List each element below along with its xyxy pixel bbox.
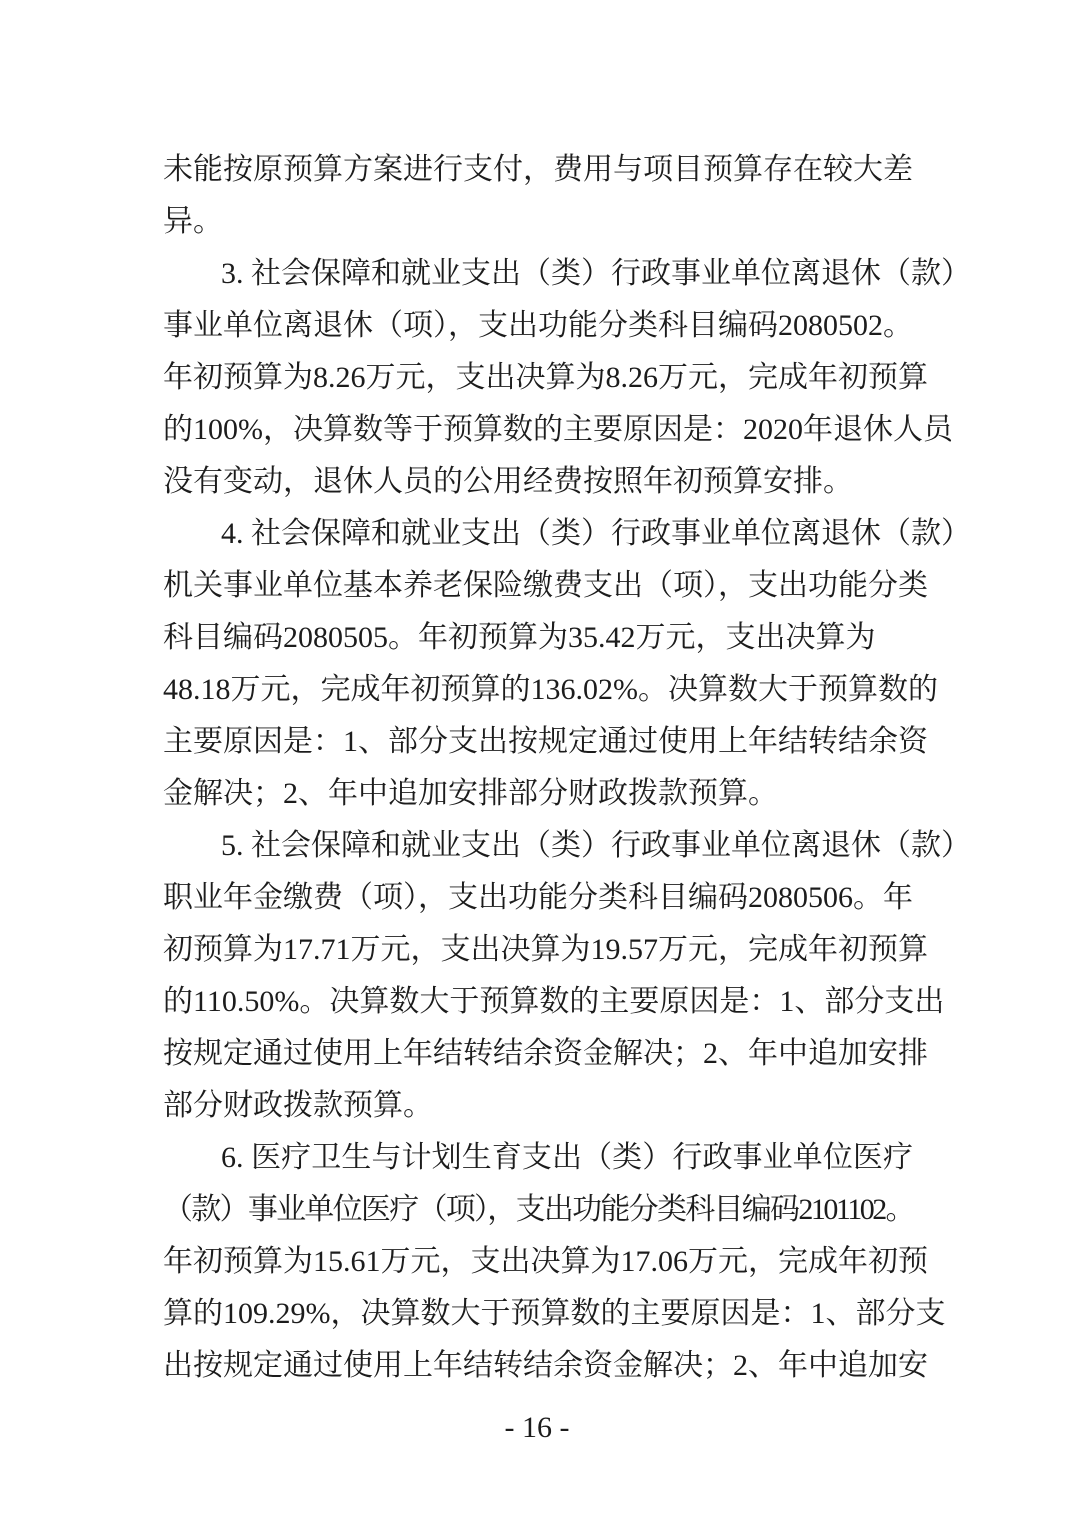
page-number: - 16 - [505,1411,570,1444]
page-footer: - 16 - [0,1410,1074,1446]
text-line: 5. 社会保障和就业支出（类）行政事业单位离退休（款） [163,820,913,872]
text-line: 的110.50%。决算数大于预算数的主要原因是：1、部分支出 [163,976,913,1028]
text-line: 48.18万元，完成年初预算的136.02%。决算数大于预算数的 [163,664,913,716]
text-line: 未能按原预算方案进行支付，费用与项目预算存在较大差 [163,144,913,196]
paragraph-continued: 未能按原预算方案进行支付，费用与项目预算存在较大差 异。 [163,144,913,248]
text-line: 部分财政拨款预算。 [163,1080,913,1132]
text-line: 机关事业单位基本养老保险缴费支出（项），支出功能分类 [163,560,913,612]
text-line: 年初预算为8.26万元，支出决算为8.26万元，完成年初预算 [163,352,913,404]
text-line: 出按规定通过使用上年结转结余资金解决；2、年中追加安 [163,1340,913,1392]
text-line: 初预算为17.71万元，支出决算为19.57万元，完成年初预算 [163,924,913,976]
paragraph-item-3: 3. 社会保障和就业支出（类）行政事业单位离退休（款） 事业单位离退休（项），支… [163,248,913,508]
body-text: 未能按原预算方案进行支付，费用与项目预算存在较大差 异。 3. 社会保障和就业支… [163,144,913,1392]
text-line: 4. 社会保障和就业支出（类）行政事业单位离退休（款） [163,508,913,560]
text-line: 职业年金缴费（项），支出功能分类科目编码2080506。年 [163,872,913,924]
text-line: 没有变动，退休人员的公用经费按照年初预算安排。 [163,456,913,508]
text-line: （款）事业单位医疗（项），支出功能分类科目编码2101102。 [163,1184,913,1236]
document-page: 未能按原预算方案进行支付，费用与项目预算存在较大差 异。 3. 社会保障和就业支… [0,0,1074,1520]
text-line: 主要原因是：1、部分支出按规定通过使用上年结转结余资 [163,716,913,768]
text-line: 6. 医疗卫生与计划生育支出（类）行政事业单位医疗 [163,1132,913,1184]
text-line: 3. 社会保障和就业支出（类）行政事业单位离退休（款） [163,248,913,300]
text-line: 年初预算为15.61万元，支出决算为17.06万元，完成年初预 [163,1236,913,1288]
text-line: 算的109.29%，决算数大于预算数的主要原因是：1、部分支 [163,1288,913,1340]
paragraph-item-4: 4. 社会保障和就业支出（类）行政事业单位离退休（款） 机关事业单位基本养老保险… [163,508,913,820]
text-line: 的100%，决算数等于预算数的主要原因是：2020年退休人员 [163,404,913,456]
text-line: 异。 [163,196,913,248]
paragraph-item-5: 5. 社会保障和就业支出（类）行政事业单位离退休（款） 职业年金缴费（项），支出… [163,820,913,1132]
text-line: 按规定通过使用上年结转结余资金解决；2、年中追加安排 [163,1028,913,1080]
text-line: 金解决；2、年中追加安排部分财政拨款预算。 [163,768,913,820]
text-line: 科目编码2080505。年初预算为35.42万元，支出决算为 [163,612,913,664]
paragraph-item-6: 6. 医疗卫生与计划生育支出（类）行政事业单位医疗 （款）事业单位医疗（项），支… [163,1132,913,1392]
text-line: 事业单位离退休（项），支出功能分类科目编码2080502。 [163,300,913,352]
